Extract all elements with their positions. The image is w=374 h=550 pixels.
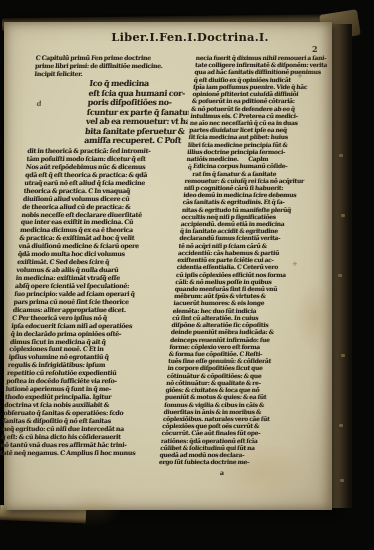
text-line: nō cōtinuātur: & qualitate & re- xyxy=(166,380,299,387)
text-line: ſanitas & diſpoſitio q̄ nō eſt ſanitas xyxy=(2,418,161,426)
text-line: niſi p cognitionē cārū ſi habuerit: xyxy=(184,185,317,192)
text-line: poſtea in docēdo ſufficiēte via reſo- xyxy=(6,378,165,386)
photo-stage: Liber.I.Fen.I.Doctrina.I. 2 + + C Capitu… xyxy=(0,0,374,550)
text-line: pars prima cū nouē ſint ſcie theorice xyxy=(13,299,172,307)
text-line: ipſa edocuerit ſciam niſi ad operatiōes xyxy=(11,323,170,331)
opening-first-line: Ico q̄ medicina xyxy=(89,79,192,89)
text-line: forme: cōplexio vero eſt forma xyxy=(169,344,302,351)
text-line: illius doctrine principia ſermoci- xyxy=(187,149,320,156)
text-line: libri ſcia medicine principia ſūt & xyxy=(187,142,320,149)
text-line: & poſuerūt in ea pditionē cōtrariā: xyxy=(191,98,324,105)
text-line: opinionē pſtiterint cuiuſdā diffiniōi xyxy=(192,91,325,98)
text-line: dit in theoricā & practicā: ſed introm… xyxy=(27,148,186,156)
text-line: amiſſa recuperet. C Poſt xyxy=(84,136,187,146)
text-line: que inter eas exiſtit in medicina. Cū xyxy=(20,219,179,227)
text-line: natiōis medicine. Caplm xyxy=(186,156,319,163)
text-line: tuēs ſine eſſe genuinū: & cōſiderāt xyxy=(168,358,301,365)
text-line: in medicina: exiſtimāt vtraſq̄ eſſe xyxy=(15,275,174,283)
text-line: ideo demū in medicina ſcire debemus xyxy=(183,192,316,199)
text-line: medicina dicimus q̄ ex ea ē theorica xyxy=(20,227,179,235)
text-line: thodo expediūt principalia. Igitur xyxy=(4,394,163,402)
text-line: q̄ in declarādo prima opiniōes oſtē- xyxy=(10,331,169,339)
left-column-body: dit in theoricā & practicā: ſed introm… xyxy=(0,148,186,458)
text-line: poris diſpoſitiōes no- xyxy=(87,98,190,108)
text-line: & practica: & exiſtimāt ad hoc q̄ velit xyxy=(19,235,178,243)
text-line: ſcuntur ex parte q̄ ſanatur xyxy=(86,108,189,118)
text-line: cōplexiōibus. naturales vero cāe ſūt xyxy=(162,416,295,423)
text-line: ſuo principio: valde ad ſciam operari q̄ xyxy=(14,291,173,299)
text-line: vnā diuiſionū medicine & ſciarū opere xyxy=(18,243,177,251)
text-line: cidentia eſſentialia. C Ceterū vero xyxy=(176,264,309,271)
text-line: ipſius volumine nō egrotantiū q̄ xyxy=(8,354,167,362)
text-line: deinceps reueniūt infirmādo: ſue xyxy=(170,337,303,344)
running-header: Liber.I.Fen.I.Doctrina.I. xyxy=(88,30,292,44)
text-line: iacuerūt humores: & eis longe xyxy=(173,300,306,307)
text-line: nobis neceſſe eſt declarare diuerſitatē xyxy=(21,212,180,220)
text-line: dimus ſicut in medicina q̄ ait q̄ xyxy=(9,339,168,347)
book-page: Liber.I.Fen.I.Doctrina.I. 2 + + C Capitu… xyxy=(4,22,332,510)
text-line: ratiōnes: q̄dā operationū eſt ſcīa xyxy=(161,438,294,445)
text-line: diſpōne & alteratiōe ſic cōpoſitis xyxy=(171,322,304,329)
text-line: elemēta: hec duo ſūt indicia xyxy=(172,308,305,315)
text-line: & forma ſue cōpoſitiōe. C Reſti- xyxy=(168,351,301,358)
text-line: C Capitulū primū Fen prime doctrine xyxy=(35,55,194,63)
text-line: vel ab ea remouetur: vt ha- xyxy=(85,117,188,127)
text-line: doctrina vt ſcia nobis auxiliabit & xyxy=(4,402,163,410)
text-line: bita ſanitate pſeruetur & xyxy=(85,127,188,137)
fore-edge-mark xyxy=(340,479,344,482)
text-line: utraq̄ earū nō eſt aliud q̄ ſcia medic… xyxy=(24,180,183,188)
text-line: q̄ in ſanitate accidit & egritudine xyxy=(180,228,313,235)
text-line: cū ipſis cōplexiōes efficiūt nos for… xyxy=(176,272,309,279)
text-line: giōes: & ciuitates & loca que nō xyxy=(165,387,298,394)
text-line: tate colligere infirmitatē & diſponēm:… xyxy=(195,62,328,69)
text-line: de theorica aliud cū de practica: & xyxy=(22,204,181,212)
text-line: eſt ſcia qua humani cor- xyxy=(88,89,191,99)
text-line: cōtinuātur & cōpoſitiōes: & que xyxy=(166,373,299,380)
text-line: cūlibet & ſolicitudinū qui ſūt na xyxy=(160,445,293,452)
text-line: q̄ eſt diuiſio ex q̄ opiniōes iudicāt xyxy=(193,77,326,84)
text-line: dicamus: aliter appropriatiue dicet. xyxy=(12,307,171,315)
text-line: lutionē aperiemus q̄ ſunt in q̄ me- xyxy=(5,386,164,394)
text-line: q̄dā modo multa hoc dici volumus xyxy=(17,251,176,259)
text-line: tām poſuiſti modo ſciam: dicetur q̄ eſt xyxy=(26,156,185,164)
text-line: necia fuerit q̄ diximus nihil remoueri a… xyxy=(195,55,328,62)
text-line: regulis & infrigidātibus: ipſum xyxy=(7,362,166,370)
text-line: accidentiū: cās habemus & partiū xyxy=(178,250,311,257)
fore-edge-mark xyxy=(339,154,343,157)
text-line: repetitio cū reſolutiōe expedientiū xyxy=(7,370,166,378)
text-line: ergo ſūt ſubiecta doctrine me- xyxy=(159,459,292,466)
opening-large-text: Ico q̄ medicina eſt ſcia qua humani cor-… xyxy=(84,79,192,148)
text-line: remouetur: & cuiuſq̄ rei ſcia nō acq̄ri… xyxy=(184,178,317,185)
text-line: qdā eſt q̄ eſt theorica & practica: & q… xyxy=(25,172,184,180)
text-line: cōplexiōes que poſt oēs currūt & xyxy=(162,423,295,430)
text-line: exiſtimāt. C Sed debes ſcire q̄ xyxy=(17,259,176,267)
text-line: mēbrum: aūt ſpūs & virtutes & xyxy=(174,293,307,300)
text-line: quando menſurās ſint ſi demū vnū xyxy=(174,286,307,293)
text-line: deinde pueniūt mēbra iudicāda: & xyxy=(170,329,303,336)
chapter-incipit: C Capitulū primū Fen prime doctrinepri… xyxy=(34,55,194,79)
text-line: exiſtentiū ex parte ſciētie cui ac- xyxy=(177,257,310,264)
text-line: intulimus eis. C Preterea cū medici- xyxy=(190,113,323,120)
text-line: qua ad hāc ſanitatis diffinitionē puen… xyxy=(194,69,327,76)
text-line: diuiſionū aliud volumus dicere cū xyxy=(22,196,181,204)
fore-edge-mark xyxy=(341,354,345,357)
text-line: ſpīa iam poſſumus puenire. Vide q̄ hāc xyxy=(193,84,326,91)
text-line: theorica & practica. C In vnaquaq̄ xyxy=(23,188,182,196)
text-line: declarandū ſumus ſcientiā verita- xyxy=(179,235,312,242)
initial-guide-letter: d xyxy=(36,99,42,108)
text-line: tē nō acq̄ri niſi p ſciam cārū & xyxy=(178,243,311,250)
text-line: diuerſitas in ānis & in moribus & xyxy=(163,409,296,416)
text-line: ne aīo nec neceſſariū q̄ cū ea in dua… xyxy=(189,120,322,127)
text-line: accipiendū. demū etiā in medicina xyxy=(180,221,313,228)
chapter-guide-letter: q̄ xyxy=(187,164,192,171)
text-line: Nos aūt reſpōdebimus nūc & dicemus xyxy=(25,164,184,172)
text-line: ſomnus & vigilia & cibus in cāis & xyxy=(164,402,297,409)
text-line: in corpore diſpoſitiōes ſicut que xyxy=(167,365,300,372)
drop-initial-space: d xyxy=(28,79,90,148)
chapter-opening: d Ico q̄ medicina eſt ſcia qua humani co… xyxy=(28,79,192,148)
text-block: C Capitulū primū Fen prime doctrinepri… xyxy=(0,55,336,507)
text-line: cāli: & nō melius poſſe in quibus xyxy=(175,279,308,286)
fore-edge-mark xyxy=(338,274,342,277)
text-line: cōcurrūt. Cāe aūt finales ſūt ope- xyxy=(161,430,294,437)
text-line: quedā ad modū nos declara- xyxy=(159,452,292,459)
text-line: volumus & ab aliis q̄ nulla duarū xyxy=(16,267,175,275)
text-line: obſeruato q̄ ſanitas & operatiōes: ſcdo xyxy=(3,410,162,418)
text-line: Incipit feliciter. xyxy=(34,71,193,79)
text-line: prime libri primi: de diffinitiōe medic… xyxy=(35,63,194,71)
text-line: pueniūt & motus & quies: & ea ſūt xyxy=(164,394,297,401)
text-line: q̄ eſt: & cū bina dicto his cōſideraue… xyxy=(1,434,160,442)
text-line: & nō potuerūt ſe defendere ab eo q̄ xyxy=(191,106,324,113)
text-line: cū ſint cū alteratiōe. In cuius xyxy=(172,315,305,322)
text-line: C Per theoricā vero ipſius nō q̄ xyxy=(12,315,171,323)
text-line: Edicina corpus humanū cōſide- xyxy=(185,163,318,170)
text-line: occultis neq̄ niſi p ſignificatiōes xyxy=(181,214,314,221)
text-line: neq̄ egritudo: cū niſi due intercedа̄t … xyxy=(2,426,161,434)
text-line: abſq̄ opere ſcientiā vel ſpeculationē: xyxy=(15,283,174,291)
fore-edge-mark xyxy=(341,214,345,217)
folio-number: 2 xyxy=(312,44,318,54)
quire-signature: a xyxy=(158,469,291,477)
text-line: nitas & egritudo tū manifeſte plerūq̄ xyxy=(182,207,315,214)
fore-edge-mark xyxy=(339,424,343,427)
text-line: partes diuidatur licet ipſe ea neq̄ xyxy=(189,127,322,134)
text-line: nō tantū vnā duas res affirmāt hāc … xyxy=(0,442,159,450)
text-line: ſit ſcia medicina aut plibet: huius xyxy=(188,134,321,141)
text-line: tatē neq̄ negamus. C Amplius ſi hoc mun… xyxy=(0,450,158,458)
text-line: cōplexiones ſunt nouē. C Et in xyxy=(9,346,168,354)
text-line: cās ſanitatis & egritudinis. Et q̄ ſa- xyxy=(182,199,315,206)
book-fore-edge xyxy=(330,24,352,508)
text-line: rat ſm q̄ ſanatur & a ſanitate xyxy=(185,171,318,178)
